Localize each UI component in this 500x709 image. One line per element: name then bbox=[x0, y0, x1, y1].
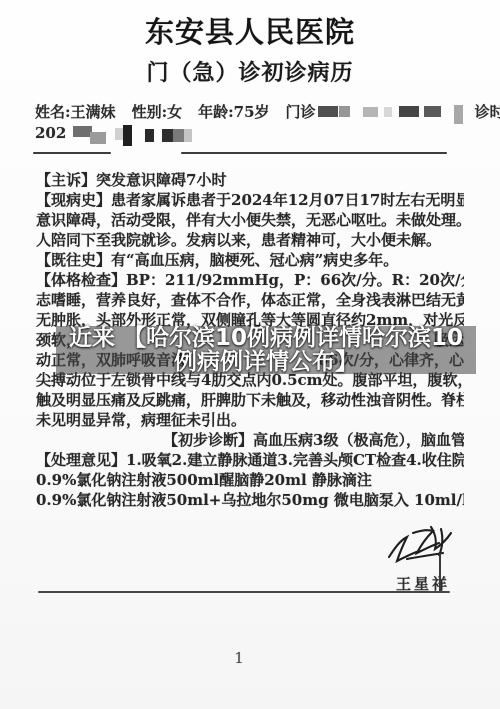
medical-record-photo: 东安县人民医院 门（急）诊初诊病历 姓名: 王满妹 性别: 女 年龄: 75岁 … bbox=[0, 0, 500, 709]
page-number: 1 bbox=[0, 649, 478, 667]
visit-date-redaction bbox=[68, 124, 192, 144]
physical-exam-line-1: 【体格检查】BP：211/92mmHg，P：66次/分。R：20次/分。T：36… bbox=[36, 270, 464, 290]
prescription-line-2: 0.9%氯化钠注射液50ml+乌拉地尔50mg 微电脑泵入 10ml/h bbox=[36, 490, 464, 510]
patient-age-label: 年龄: bbox=[198, 101, 234, 122]
divider-top-left-segment bbox=[33, 152, 111, 154]
signature-divider-vertical bbox=[439, 553, 441, 591]
video-caption-overlay: 近来 【哈尔滨10例病例详情哈尔滨10 例病例详情公布】 bbox=[56, 326, 476, 374]
treatment-plan-line: 【处理意见】1.吸氧2.建立静脉通道3.完善头颅CT检查4.收住院 bbox=[36, 450, 464, 470]
patient-name-value: 王满妹 bbox=[71, 101, 116, 122]
patient-name-label: 姓名: bbox=[35, 101, 71, 122]
chief-complaint-line: 【主诉】突发意识障碍7小时 bbox=[36, 170, 464, 190]
physical-exam-line-8: 未见明显异常，病理征未引出。 bbox=[36, 410, 464, 430]
divider-top-right-segment bbox=[181, 152, 447, 154]
present-illness-line-3: 人陪同下至我院就诊。发病以来，患者精神可，大小便未解。 bbox=[36, 230, 464, 250]
patient-gender-value: 女 bbox=[167, 101, 182, 122]
visit-date-row: 202 bbox=[35, 124, 335, 148]
patient-age-value: 75岁 bbox=[234, 101, 270, 122]
preliminary-diagnosis-line: 【初步诊断】高血压病3级（极高危），脑血管意外 bbox=[36, 430, 464, 450]
patient-info-row: 姓名: 王满妹 性别: 女 年龄: 75岁 门诊 诊时间: bbox=[35, 100, 475, 122]
caption-line-2: 例病例详情公布】 bbox=[56, 350, 476, 374]
divider-bottom bbox=[38, 591, 450, 593]
present-illness-line-2: 意识障碍，活动受限，伴有大小便失禁，无恶心呕吐。未做处理。在家 bbox=[36, 210, 464, 230]
prescription-line-1: 0.9%氯化钠注射液500ml醒脑静20ml 静脉滴注 bbox=[36, 470, 464, 490]
visit-date-prefix: 202 bbox=[35, 124, 66, 142]
physical-exam-line-2: 志嗜睡，营养良好，查体不合作，体态正常，全身浅表淋巴结无黄染、 bbox=[36, 290, 464, 310]
clinic-number-redaction bbox=[318, 101, 463, 121]
physical-exam-line-7: 触及明显压痛及反跳痛，肝脾肋下未触及，移动性浊音阴性。脊柱四肢 bbox=[36, 390, 464, 410]
past-history-line: 【既往史】有“高血压病，脑梗死、冠心病”病史多年。 bbox=[36, 250, 464, 270]
visit-time-label: 诊时间: bbox=[475, 101, 500, 122]
patient-gender-label: 性别: bbox=[132, 101, 168, 122]
present-illness-line-1: 【现病史】患者家属诉患者于2024年12月07日17时左右无明显诱因出现 bbox=[36, 190, 464, 210]
doctor-signature-handwriting bbox=[383, 523, 455, 575]
clinic-number-label: 门诊 bbox=[286, 101, 316, 122]
caption-line-1: 近来 【哈尔滨10例病例详情哈尔滨10 bbox=[56, 326, 476, 350]
hospital-title: 东安县人民医院 bbox=[0, 10, 500, 51]
record-type-title: 门（急）诊初诊病历 bbox=[0, 56, 500, 87]
